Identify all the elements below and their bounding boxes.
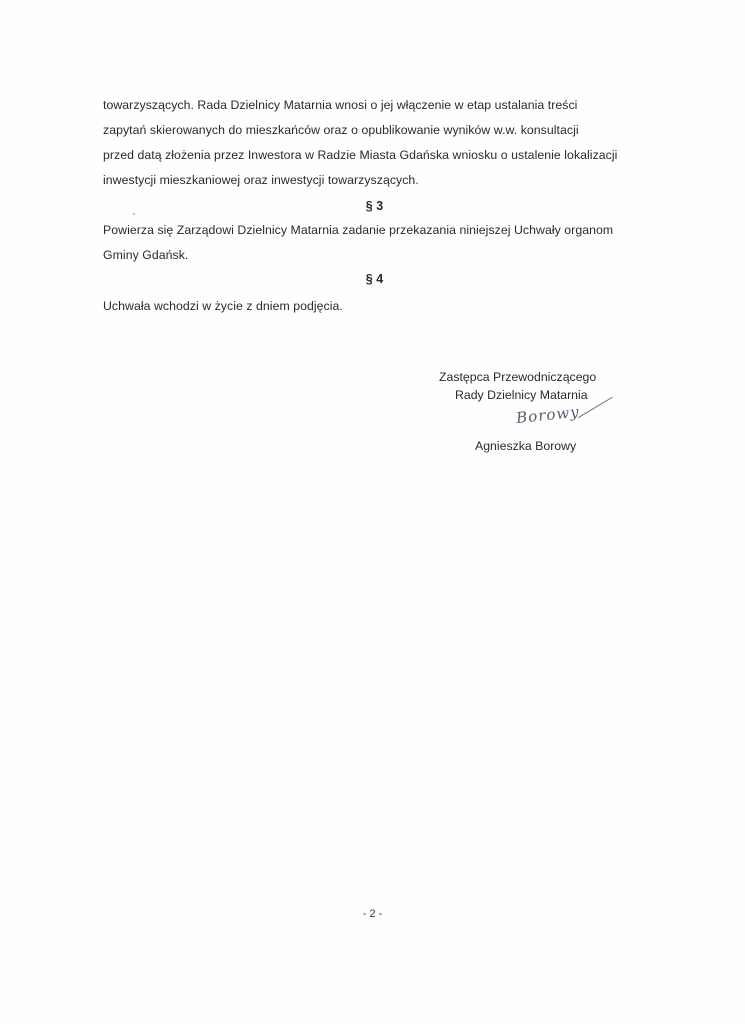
section-4-heading: § 4 [0,272,745,286]
page-number: - 2 - [0,908,745,920]
signatory-name: Agnieszka Borowy [475,439,576,453]
text-line: Powierza się Zarządowi Dzielnicy Matarni… [103,218,643,243]
text-line: towarzyszących. Rada Dzielnicy Matarnia … [103,93,643,118]
text-line: inwestycji mieszkaniowej oraz inwestycji… [103,168,643,193]
section-3-body: Powierza się Zarządowi Dzielnicy Matarni… [103,218,643,268]
scan-speck [133,213,135,215]
section-4-body: Uchwała wchodzi w życie z dniem podjęcia… [103,294,643,319]
signatory-title-line-1: Zastępca Przewodniczącego [439,370,596,384]
text-line: przed datą złożenia przez Inwestora w Ra… [103,143,643,168]
text-line: Uchwała wchodzi w życie z dniem podjęcia… [103,294,643,319]
section-3-heading: § 3 [0,199,745,213]
signature-text: Borowy [515,403,580,428]
text-line: zapytań skierowanych do mieszkańców oraz… [103,118,643,143]
paragraph-continuation: towarzyszących. Rada Dzielnicy Matarnia … [103,93,643,193]
signatory-title-line-2: Rady Dzielnicy Matarnia [455,388,588,402]
handwritten-signature: Borowy [515,399,616,427]
text-line: Gminy Gdańsk. [103,243,643,268]
document-page: towarzyszących. Rada Dzielnicy Matarnia … [0,0,745,1024]
